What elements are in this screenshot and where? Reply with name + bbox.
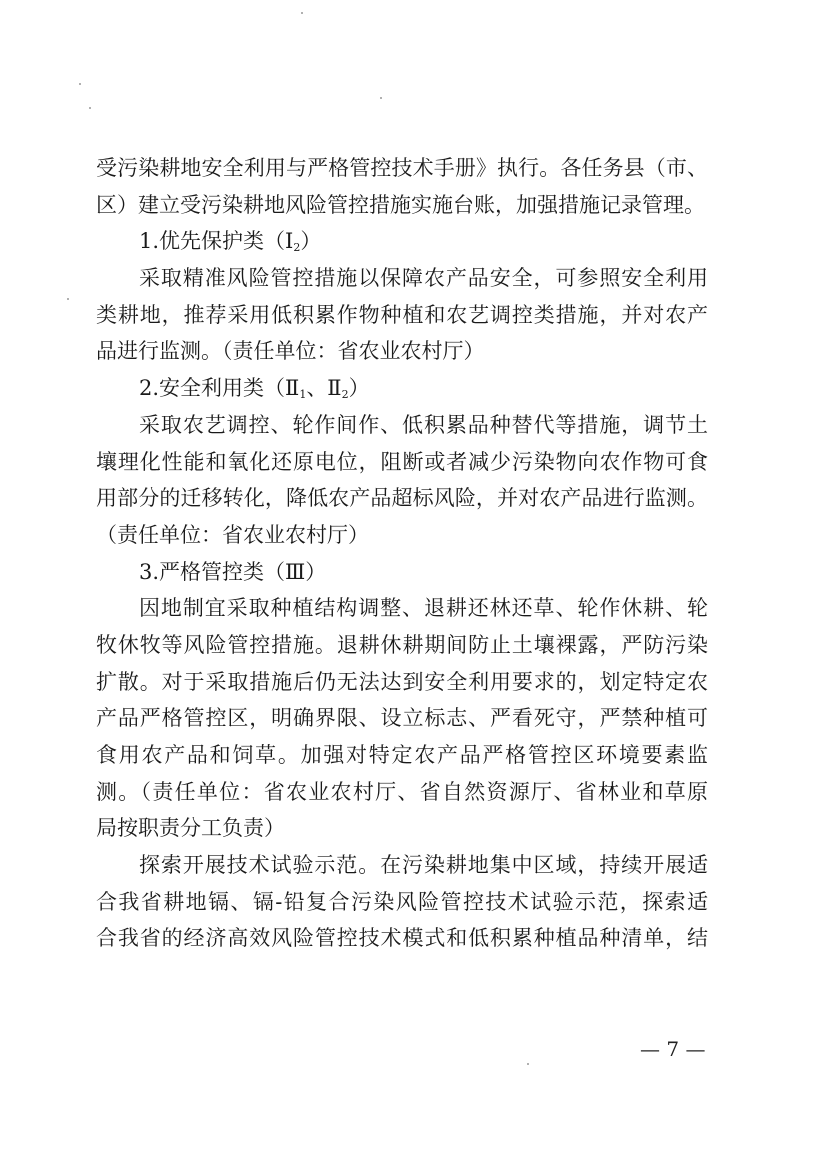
paragraph-line: 合我省的经济高效风险管控技术模式和低积累种植品种清单，结 bbox=[96, 920, 708, 957]
paragraph-line: 采取农艺调控、轮作间作、低积累品种替代等措施，调节土 bbox=[96, 407, 708, 444]
scan-speck bbox=[67, 298, 69, 300]
scan-speck bbox=[301, 12, 303, 14]
subscript: 2 bbox=[342, 388, 349, 401]
paragraph-line: 局按职责分工负责） bbox=[96, 810, 708, 847]
scan-speck bbox=[527, 1063, 529, 1065]
paragraph-line: 扩散。对于采取措施后仍无法达到安全利用要求的，划定特定农 bbox=[96, 664, 708, 701]
document-body: 受污染耕地安全利用与严格管控技术手册》执行。各任务县（市、 区）建立受污染耕地风… bbox=[96, 150, 708, 957]
paragraph-line: 合我省耕地镉、镉-铅复合污染风险管控技术试验示范，探索适 bbox=[96, 884, 708, 921]
section-heading-strict-control: 3.严格管控类（Ⅲ） bbox=[96, 554, 708, 591]
paragraph-line: 受污染耕地安全利用与严格管控技术手册》执行。各任务县（市、 bbox=[96, 150, 708, 187]
heading-text: 1.优先保护类（Ⅰ bbox=[139, 229, 293, 253]
document-page: 受污染耕地安全利用与严格管控技术手册》执行。各任务县（市、 区）建立受污染耕地风… bbox=[0, 0, 820, 1156]
heading-suffix: ） bbox=[349, 376, 370, 400]
section-heading-safe-utilization: 2.安全利用类（Ⅱ1、Ⅱ2） bbox=[96, 370, 708, 407]
paragraph-line: 采取精准风险管控措施以保障农产品安全，可参照安全利用 bbox=[96, 260, 708, 297]
page-number: — 7 — bbox=[640, 1037, 705, 1061]
paragraph-line: 测。（责任单位：省农业农村厅、省自然资源厅、省林业和草原 bbox=[96, 774, 708, 811]
paragraph-line: 品进行监测。（责任单位：省农业农村厅） bbox=[96, 333, 708, 370]
paragraph-line: 牧休牧等风险管控措施。退耕休耕期间防止土壤裸露，严防污染 bbox=[96, 627, 708, 664]
paragraph-line: 因地制宜采取种植结构调整、退耕还林还草、轮作休耕、轮 bbox=[96, 590, 708, 627]
paragraph-line: 探索开展技术试验示范。在污染耕地集中区域，持续开展适 bbox=[96, 847, 708, 884]
heading-mid: 、Ⅱ bbox=[306, 376, 341, 400]
heading-suffix: ） bbox=[300, 229, 321, 253]
paragraph-line: 区）建立受污染耕地风险管控措施实施台账，加强措施记录管理。 bbox=[96, 187, 708, 224]
scan-speck bbox=[380, 97, 382, 99]
paragraph-line: 壤理化性能和氧化还原电位，阻断或者减少污染物向农作物可食 bbox=[96, 444, 708, 481]
heading-text: 2.安全利用类（Ⅱ bbox=[139, 376, 299, 400]
scan-speck bbox=[79, 83, 81, 85]
scan-speck bbox=[89, 107, 91, 109]
paragraph-line: 产品严格管控区，明确界限、设立标志、严看死守，严禁种植可 bbox=[96, 700, 708, 737]
paragraph-line: 食用农产品和饲草。加强对特定农产品严格管控区环境要素监 bbox=[96, 737, 708, 774]
paragraph-line: 用部分的迁移转化，降低农产品超标风险，并对农产品进行监测。 bbox=[96, 480, 708, 517]
paragraph-line: （责任单位：省农业农村厅） bbox=[96, 517, 708, 554]
paragraph-line: 类耕地，推荐采用低积累作物种植和农艺调控类措施，并对农产 bbox=[96, 297, 708, 334]
section-heading-priority-protection: 1.优先保护类（Ⅰ2） bbox=[96, 223, 708, 260]
